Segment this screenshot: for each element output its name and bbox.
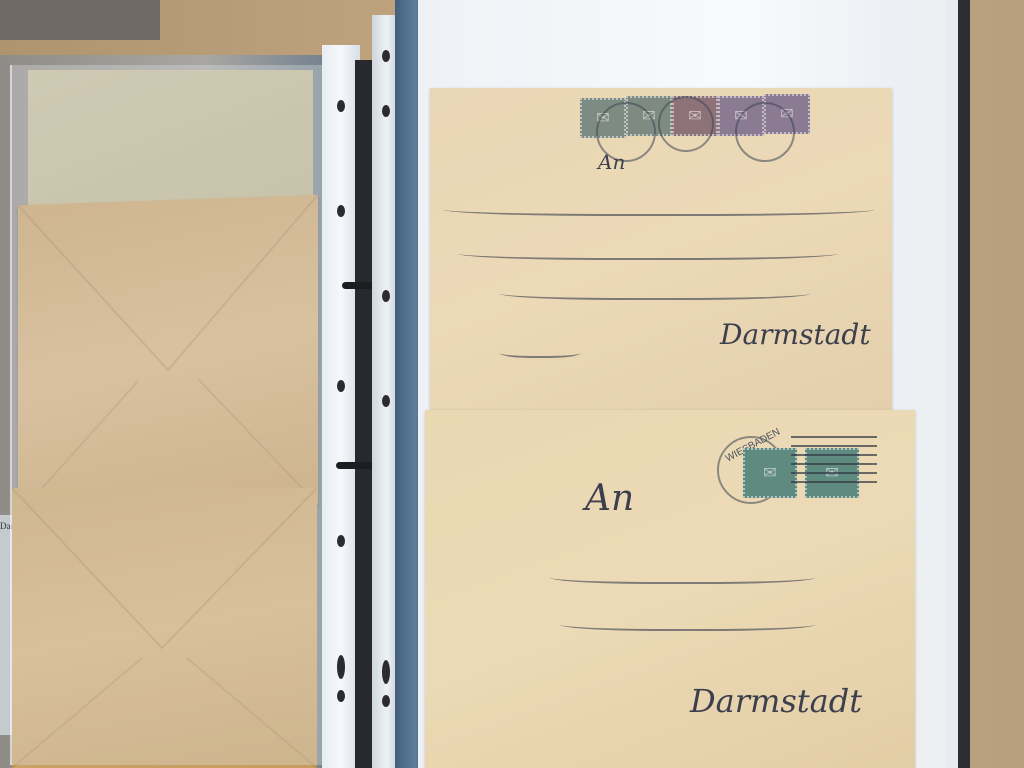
punch-hole (382, 290, 390, 302)
handwriting-line (444, 200, 874, 216)
punch-hole (382, 105, 390, 117)
postmark (735, 102, 795, 162)
punch-hole (337, 205, 345, 217)
address-city: Darmstadt (720, 318, 871, 351)
address-line-salutation: An (598, 150, 625, 174)
punch-hole (382, 660, 390, 684)
handwriting-line (550, 568, 815, 584)
punch-hole (382, 395, 390, 407)
address-city: Darmstadt (690, 682, 862, 720)
punch-hole (382, 695, 390, 707)
machine-cancel-lines (791, 436, 877, 490)
handwriting-line (500, 284, 810, 300)
background-corner (0, 0, 160, 40)
postmark (658, 96, 714, 152)
address-line-salutation: An (585, 478, 634, 519)
punch-hole (337, 380, 345, 392)
handwriting-line (560, 615, 815, 631)
clear-sleeve-left (10, 65, 332, 765)
punch-hole (337, 535, 345, 547)
handwriting-mark (500, 346, 580, 358)
punch-hole (382, 50, 390, 62)
punch-hole (337, 100, 345, 112)
stamp: ✉ (743, 448, 797, 498)
handwriting-line (458, 244, 838, 260)
punch-hole (337, 690, 345, 702)
envelope-upper-right: ✉ ✉ ✉ ✉ ✉ An Darmstadt (430, 88, 892, 410)
punch-hole (337, 655, 345, 679)
envelope-lower-right: WIESBADEN ✉ ✉ An Darmstadt (425, 410, 915, 768)
